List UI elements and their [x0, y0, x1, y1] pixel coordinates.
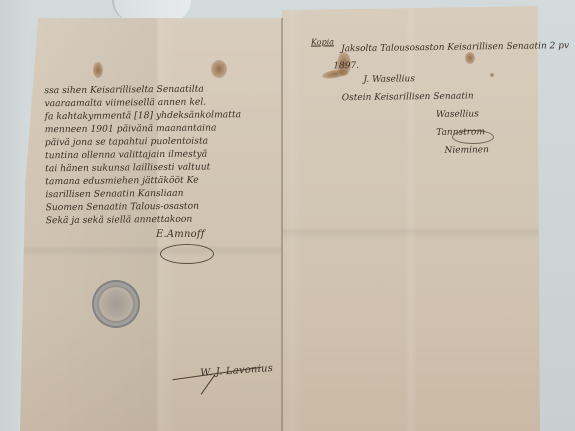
- signature-flourish: [160, 244, 214, 264]
- text-line: menneen 1901 päivänä maanantaina: [45, 122, 217, 135]
- text-line: Jaksolta Talousosaston Keisarillisen Sen…: [341, 41, 569, 54]
- page-fold-spine: [281, 18, 283, 431]
- text-line: isarillisen Senaatin Kansliaan: [45, 188, 183, 200]
- signatory: Nieminen: [444, 145, 489, 156]
- stain: [211, 60, 227, 78]
- text-line: ssa sihen Keisarilliselta Senaatilta: [44, 84, 204, 97]
- text-line: 1897.: [333, 61, 359, 71]
- text-line: Sekä ja sekä siellä annettakoon: [46, 214, 193, 227]
- official-seal-stamp: [92, 280, 140, 328]
- text-line: fa kahtakymmentä [18] yhdeksänkolmatta: [45, 109, 242, 122]
- text-line: vaaraamalta viimeisellä annen kel.: [44, 97, 206, 110]
- text-line: tuntina ollenna valittajain ilmestyä: [45, 149, 207, 162]
- text-line: J. Wasellius: [363, 74, 415, 85]
- signature-flourish: [452, 130, 494, 144]
- signatory: Wasellius: [436, 109, 479, 120]
- text-line: Suomen Senaatin Talous-osaston: [45, 201, 199, 214]
- right-page-text: Kopia Jaksolta Talousosaston Keisarillis…: [311, 34, 553, 197]
- stain: [93, 62, 103, 78]
- text-line: päivä jona se tapahtui puolentoista: [45, 136, 208, 149]
- text-line: tai hänen sukunsa laillisesti valtuut: [45, 162, 210, 175]
- office-line: Ostein Keisarillisen Senaatin: [342, 91, 474, 103]
- left-page-text: ssa sihen Keisarilliselta Senaatilta vaa…: [44, 83, 280, 225]
- text-line: tamana edusmiehen jättäkööt Ke: [45, 175, 198, 188]
- signature-amnoff: E.Amnoff: [156, 229, 205, 240]
- heading-kopia: Kopia: [311, 37, 334, 46]
